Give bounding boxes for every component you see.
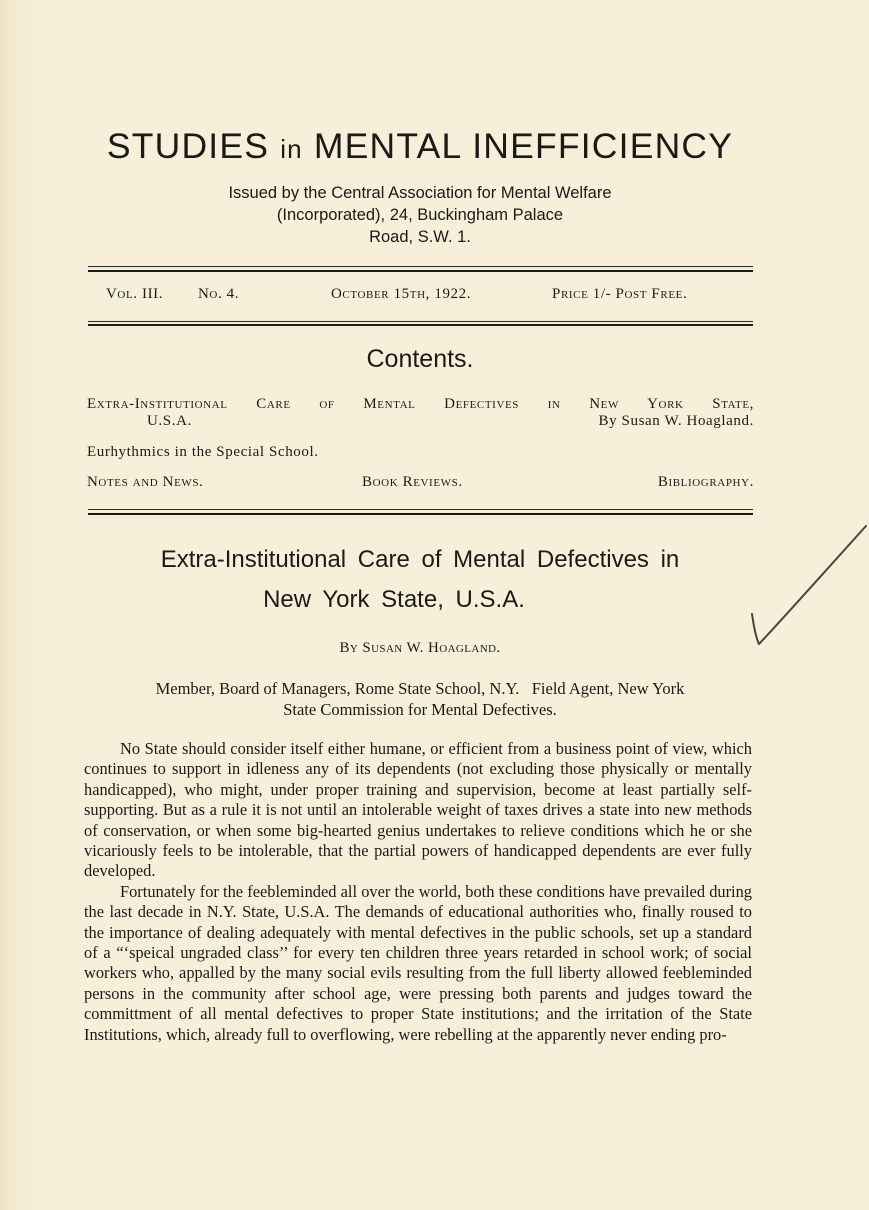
double-rule	[88, 509, 753, 515]
toc-notes-and-news[interactable]: Notes and News.	[87, 474, 203, 491]
journal-title: STUDIES in MENTAL INEFFICIENCY	[86, 126, 754, 167]
toc-item[interactable]: Extra-Institutional Care of Mental Defec…	[87, 396, 754, 433]
publisher-line: Issued by the Central Association for Me…	[86, 182, 754, 204]
handwritten-checkmark-icon	[740, 520, 869, 660]
toc-item[interactable]: Eurhythmics in the Special School.	[87, 444, 754, 461]
affiliation-line: State Commission for Mental Defectives.	[86, 699, 754, 720]
contents-heading: Contents.	[86, 345, 754, 374]
affiliation-line: Member, Board of Managers, Rome State Sc…	[86, 678, 754, 699]
title-part: STUDIES	[107, 126, 280, 166]
issue-number: No. 4.	[198, 286, 239, 303]
title-part: MENTAL INEFFICIENCY	[303, 126, 733, 166]
article-body: No State should consider itself either h…	[84, 739, 752, 1045]
article-paragraph: Fortunately for the feebleminded all ove…	[84, 882, 752, 1045]
publisher-line: Road, S.W. 1.	[86, 226, 754, 248]
title-part: in	[280, 134, 303, 164]
issue-info-row: Vol. III. No. 4. October 15th, 1922. Pri…	[106, 286, 736, 308]
toc-bottom-row: Notes and News. Book Reviews. Bibliograp…	[87, 474, 754, 494]
toc-book-reviews[interactable]: Book Reviews.	[362, 474, 463, 491]
publisher-line: (Incorporated), 24, Buckingham Palace	[86, 204, 754, 226]
double-rule	[88, 266, 753, 272]
article-paragraph: No State should consider itself either h…	[84, 739, 752, 882]
price: Price 1/- Post Free.	[552, 286, 687, 303]
double-rule	[88, 321, 753, 326]
journal-page: STUDIES in MENTAL INEFFICIENCY Issued by…	[0, 0, 869, 1210]
article-title-line: New York State, U.S.A.	[60, 586, 728, 614]
author-affiliation: Member, Board of Managers, Rome State Sc…	[86, 678, 754, 720]
issue-date: October 15th, 1922.	[331, 286, 471, 303]
article-byline: By Susan W. Hoagland.	[86, 640, 754, 657]
volume: Vol. III.	[106, 286, 163, 303]
publisher-info: Issued by the Central Association for Me…	[86, 182, 754, 248]
toc-bibliography[interactable]: Bibliography.	[658, 474, 754, 491]
toc-item-title: Extra-Institutional Care of Mental Defec…	[87, 396, 754, 413]
article-title-line: Extra-Institutional Care of Mental Defec…	[82, 546, 758, 574]
toc-item-continuation: U.S.A.	[147, 413, 192, 430]
toc-item-author: By Susan W. Hoagland.	[598, 413, 754, 430]
